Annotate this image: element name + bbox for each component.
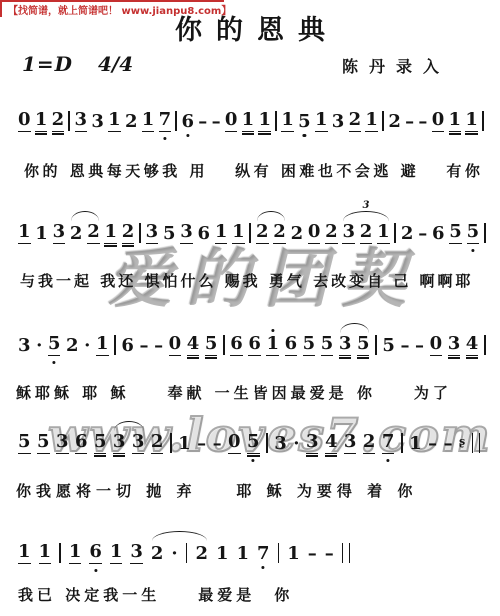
note-digit: 1 [96,334,109,356]
barline [394,223,396,243]
augmentation-dot: · [84,336,90,356]
jianpu-line-2: 1132212353611222023212–6553 [18,220,486,244]
note-digit: 2 [291,224,304,244]
barline [375,335,377,355]
slur-arc [71,211,99,221]
barline [139,223,141,243]
note-digit: 1 [242,110,255,132]
note-digit: 6 [432,224,445,244]
jianpu-line-3: 3·52·16––045661655355––034 [18,332,486,356]
note-digit: 2 [70,224,83,244]
note-digit: 3 [339,334,352,356]
duration-dash: – [444,434,453,454]
slur-arc [340,323,369,333]
time-signature: 4/4 [98,52,133,76]
lyrics-line-1: 你的 恩典每天够我 用 纵有 困难也不会逃 避 有你 [24,160,483,181]
note-digit: 2 [66,336,79,356]
note-digit: 1 [409,434,422,454]
note-digit: 0 [169,334,182,356]
barline [278,543,280,563]
note-digit: 1 [287,544,300,564]
duration-dash: – [418,224,427,244]
note-digit: 2 [273,222,286,244]
note-digit: 2 [388,112,401,132]
song-title: 你的恩典 [0,8,500,47]
note-digit: 3 [448,334,461,356]
note-digit: 2 [151,544,164,564]
note-digit: 1 [449,110,462,132]
note-digit: 5 [247,432,260,454]
duration-dash: – [140,336,149,356]
note-digit: 1 [232,222,245,244]
barline [170,433,172,453]
note-digit: 5 [18,432,31,454]
note-digit: 2 [360,222,373,244]
note-digit: 4 [187,334,200,356]
duration-dash: – [154,336,163,356]
note-digit: 1 [377,222,390,244]
note-digit: 5 [357,334,370,356]
note-digit: 0 [225,110,238,132]
final-barline [472,433,480,453]
note-digit: 2 [122,222,135,244]
note-digit: 4 [325,432,338,454]
note-digit: 5 [467,222,480,244]
sign-mark: ʂ [459,435,465,449]
note-digit: 6 [89,542,102,564]
barline [266,433,268,453]
duration-dash: – [325,544,334,564]
note-digit: 1 [365,110,378,132]
note-digit: 3 [306,432,319,454]
note-digit: 5 [37,432,50,454]
note-digit: 6 [248,334,261,356]
octave-dot-below [186,134,189,137]
lyrics-line-5: 我已 决定我一生 最爱是 你 [18,584,293,605]
duration-dash: – [198,112,207,132]
duration-dash: – [213,434,222,454]
note-digit: 3 [332,112,345,132]
barline [382,111,384,131]
barline [68,111,70,131]
note-digit: 5 [321,334,334,356]
note-digit: 2 [151,432,164,454]
duration-dash: – [418,112,427,132]
duration-dash: – [415,336,424,356]
augmentation-dot: · [171,544,177,564]
duration-dash: – [212,112,221,132]
lyrics-line-2: 与我一起 我还 惧怕什么 赐我 勇气 去改变自 己 啊啊耶 [20,270,474,291]
note-digit: 6 [75,432,88,454]
augmentation-dot: · [36,336,42,356]
triplet-number: 3 [363,200,370,211]
note-digit: 3 [344,432,357,454]
note-digit: 2 [349,110,362,132]
octave-dot-below [53,361,56,364]
duration-dash: – [400,336,409,356]
note-digit: 3 [274,434,287,454]
note-digit: 0 [228,432,241,454]
note-digit: 5 [94,432,107,454]
octave-dot-below [163,137,166,140]
barline [401,433,403,453]
barline [114,335,116,355]
note-digit: 0 [18,110,31,132]
note-digit: 2 [125,112,138,132]
note-digit: 7 [257,544,270,564]
lyrics-line-4: 你我愿将一切 抛 弃 耶 稣 为要得 着 你 [16,480,417,501]
note-digit: 6 [230,334,243,356]
note-digit: 3 [91,112,104,132]
octave-dot-below [471,249,474,252]
final-barline [342,543,350,563]
note-digit: 1 [266,334,279,356]
barline [275,111,277,131]
note-digit: 1 [110,542,123,564]
octave-dot-above [271,329,274,332]
jianpu-line-1: 0123312176––0111513212––011 [18,108,484,132]
note-digit: 2 [363,432,376,454]
note-digit: 5 [449,222,462,244]
note-digit: 2 [401,224,414,244]
note-digit: 1 [39,542,52,564]
note-digit: 2 [87,222,100,244]
barline [175,111,177,131]
key-signature: 1=D [22,52,73,76]
note-digit: 3 [75,110,88,132]
jianpu-line-5: 1116132·21171–– [18,540,350,564]
note-digit: 1 [465,110,478,132]
note-digit: 6 [181,112,194,132]
duration-dash: – [405,112,414,132]
duration-dash: – [197,434,206,454]
note-digit: 1 [216,544,229,564]
augmentation-dot: · [293,434,299,454]
barline [484,335,486,355]
note-digit: 7 [159,110,172,132]
slur-arc [257,211,285,221]
barline [223,335,225,355]
note-digit: 6 [285,334,298,356]
slur-arc [152,531,207,541]
note-digit: 1 [281,110,294,132]
note-digit: 3 [56,432,69,454]
note-digit: 1 [215,222,228,244]
duration-dash: – [428,434,437,454]
note-digit: 2 [195,544,208,564]
note-digit: 2 [52,110,65,132]
note-digit: 3 [113,432,126,454]
note-digit: 1 [142,110,155,132]
note-digit: 3 [18,336,31,356]
note-digit: 3 [130,542,143,564]
note-digit: 1 [236,544,249,564]
note-digit: 1 [35,224,48,244]
duration-dash: – [308,544,317,564]
note-digit: 2 [256,222,269,244]
note-digit: 1 [69,542,82,564]
note-digit: 4 [466,334,479,356]
barline [482,111,484,131]
barline [186,543,188,563]
note-digit: 1 [18,542,31,564]
note-digit: 1 [315,110,328,132]
note-digit: 0 [432,110,445,132]
note-digit: 0 [430,334,443,356]
note-digit: 0 [308,222,321,244]
note-digit: 2 [325,222,338,244]
note-digit: 5 [163,224,176,244]
note-digit: 3 [146,222,159,244]
note-digit: 5 [48,334,61,356]
note-digit: 1 [18,222,31,244]
lyrics-line-3: 稣耶稣 耶 稣 奉献 一生皆因最爱是 你 为了 [16,382,452,403]
note-digit: 5 [205,334,218,356]
note-digit: 3 [180,222,193,244]
barline [59,543,61,563]
note-digit: 6 [198,224,211,244]
note-digit: 3 [132,432,145,454]
note-digit: 1 [178,434,191,454]
barline [484,223,486,243]
octave-dot-below [94,569,97,572]
jianpu-line-4: 553653321––053·343271––ʂ [18,430,480,454]
note-digit: 7 [382,432,395,454]
note-digit: 1 [35,110,48,132]
note-digit: 1 [258,110,271,132]
note-digit: 5 [382,336,395,356]
octave-dot-below [262,566,265,569]
note-digit: 3 [342,222,355,244]
note-digit: 5 [303,334,316,356]
barline [249,223,251,243]
note-digit: 5 [298,112,311,132]
note-digit: 1 [104,222,117,244]
octave-dot-below [303,134,306,137]
note-digit: 3 [53,222,66,244]
jianpu-sheet: 【找简谱，就上简谱吧！ www.jianpu8.com】 你的恩典 1=D 4/… [0,0,500,616]
transcriber-credit: 陈丹录入 [342,54,450,77]
note-digit: 6 [121,336,134,356]
note-digit: 1 [108,110,121,132]
triplet-arc: 3 [343,211,389,221]
